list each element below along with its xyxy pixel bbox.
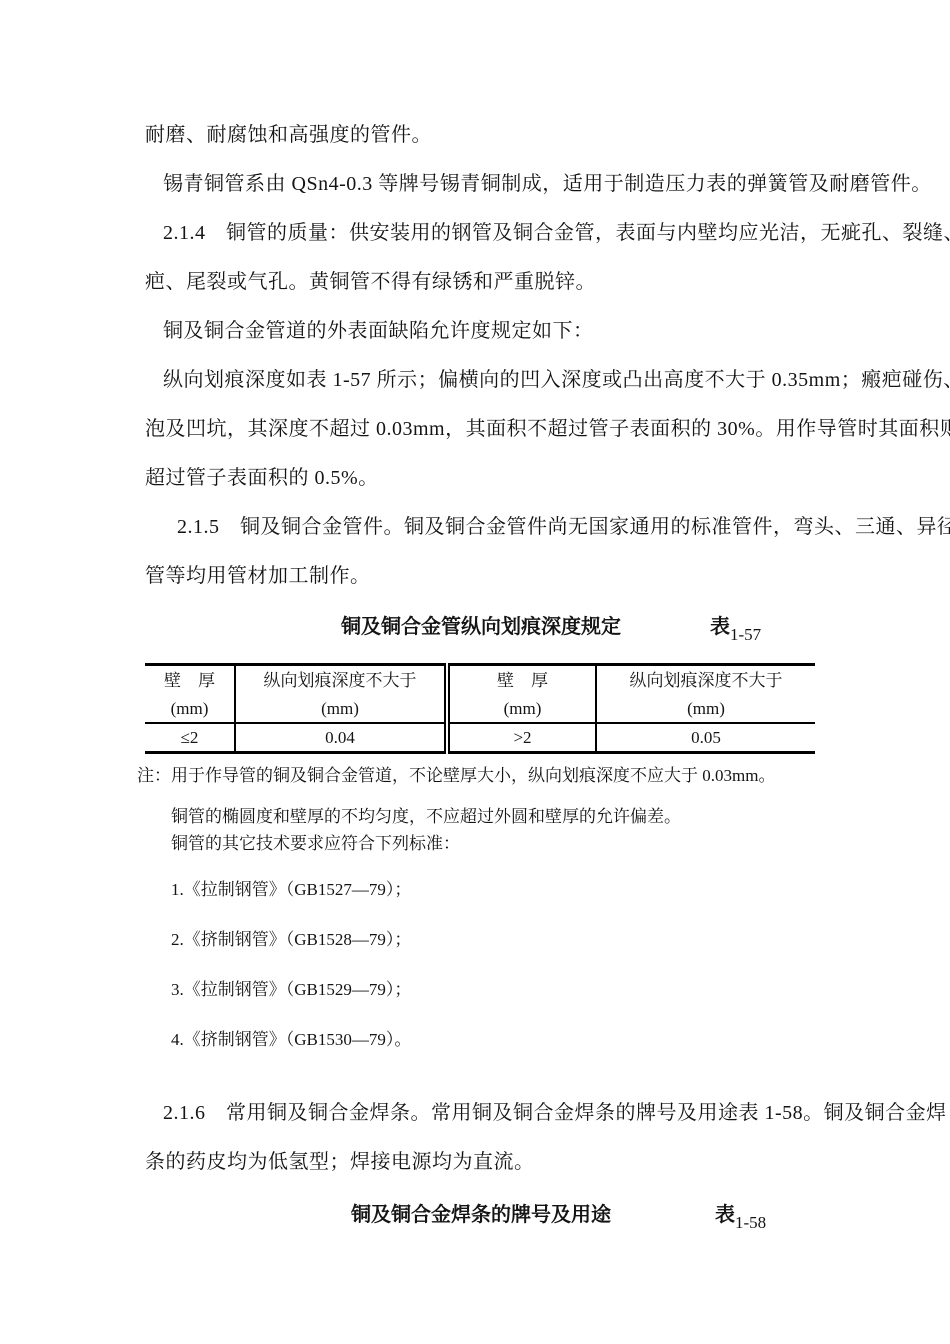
cell-wall-gt2: >2 (447, 723, 596, 753)
paragraph-scratch-depth: 纵向划痕深度如表 1-57 所示；偏横向的凹入深度或凸出高度不大于 0.35mm… (145, 356, 817, 503)
text-line: 2.1.5 铜及铜合金管件。铜及铜合金管件尚无国家通用的标准管件，弯头、三通、异… (145, 503, 817, 552)
header-label: 壁 厚 (450, 666, 595, 694)
list-item: 2.《挤制钢管》（GB1528—79）； (145, 915, 817, 965)
header-scratch-depth-left: 纵向划痕深度不大于 (mm) (235, 665, 447, 724)
table-header-row: 壁 厚 (mm) 纵向划痕深度不大于 (mm) 壁 厚 (mm) 纵向划痕深度不… (145, 665, 815, 724)
header-unit: (mm) (236, 694, 444, 722)
paragraph-continuation: 耐磨、耐腐蚀和高强度的管件。 (145, 111, 817, 160)
standards-list: 1.《拉制钢管》（GB1527—79）； 2.《挤制钢管》（GB1528—79）… (145, 865, 817, 1065)
table-number: 1-58 (735, 1213, 766, 1232)
tech-requirements: 铜管的椭圆度和壁厚的不均匀度，不应超过外圆和壁厚的允许偏差。 铜管的其它技术要求… (145, 803, 817, 857)
header-label: 纵向划痕深度不大于 (597, 666, 815, 694)
table-1-57: 壁 厚 (mm) 纵向划痕深度不大于 (mm) 壁 厚 (mm) 纵向划痕深度不… (145, 663, 815, 754)
text-line: 2.1.6 常用铜及铜合金焊条。常用铜及铜合金焊条的牌号及用途表 1-58。铜及… (145, 1089, 817, 1138)
cell-depth-005: 0.05 (596, 723, 815, 753)
header-scratch-depth-right: 纵向划痕深度不大于 (mm) (596, 665, 815, 724)
list-item: 4.《挤制钢管》（GB1530—79）。 (145, 1015, 817, 1065)
table-row: ≤2 0.04 >2 0.05 (145, 723, 815, 753)
text-line: 管等均用管材加工制作。 (145, 552, 817, 601)
list-item: 1.《拉制钢管》（GB1527—79）； (145, 865, 817, 915)
header-label: 壁 厚 (145, 666, 234, 694)
table-number-label: 表1-58 (715, 1191, 766, 1247)
cell-wall-le2: ≤2 (145, 723, 235, 753)
text-line: 纵向划痕深度如表 1-57 所示；偏横向的凹入深度或凸出高度不大于 0.35mm… (145, 356, 817, 405)
cell-depth-004: 0.04 (235, 723, 447, 753)
table-number: 1-57 (730, 625, 761, 644)
header-unit: (mm) (145, 694, 234, 722)
text-line: 铜管的椭圆度和壁厚的不均匀度，不应超过外圆和壁厚的允许偏差。 (145, 803, 817, 830)
paragraph-surface-defects: 铜及铜合金管道的外表面缺陷允许度规定如下： (145, 307, 817, 356)
table-1-57-caption: 铜及铜合金管纵向划痕深度规定 表1-57 (145, 603, 817, 652)
table-title: 铜及铜合金焊条的牌号及用途 (351, 1204, 611, 1226)
text-line: 泡及凹坑，其深度不超过 0.03mm，其面积不超过管子表面积的 30%。用作导管… (145, 405, 817, 454)
text-line: 疤、尾裂或气孔。黄铜管不得有绿锈和严重脱锌。 (145, 258, 817, 307)
header-unit: (mm) (450, 694, 595, 722)
text-line: 条的药皮均为低氢型；焊接电源均为直流。 (145, 1138, 817, 1187)
document-page: 耐磨、耐腐蚀和高强度的管件。 锡青铜管系由 QSn4-0.3 等牌号锡青铜制成，… (0, 0, 950, 1344)
table-number-label: 表1-57 (710, 603, 761, 659)
table-note: 注：用于作导管的铜及铜合金管道，不论壁厚大小，纵向划痕深度不应大于 0.03mm… (137, 763, 817, 789)
table-1-58-caption: 铜及铜合金焊条的牌号及用途 表1-58 (145, 1191, 817, 1240)
header-wall-thickness-left: 壁 厚 (mm) (145, 665, 235, 724)
paragraph-bronze-pipe: 锡青铜管系由 QSn4-0.3 等牌号锡青铜制成，适用于制造压力表的弹簧管及耐磨… (145, 160, 817, 209)
header-label: 纵向划痕深度不大于 (236, 666, 444, 694)
text-line: 铜管的其它技术要求应符合下列标准： (145, 830, 817, 857)
text-line: 2.1.4 铜管的质量：供安装用的钢管及铜合金管，表面与内壁均应光洁，无疵孔、裂… (145, 209, 817, 258)
header-wall-thickness-right: 壁 厚 (mm) (447, 665, 596, 724)
list-item: 3.《拉制钢管》（GB1529—79）； (145, 965, 817, 1015)
table-title: 铜及铜合金管纵向划痕深度规定 (341, 616, 621, 638)
document-content: 耐磨、耐腐蚀和高强度的管件。 锡青铜管系由 QSn4-0.3 等牌号锡青铜制成，… (145, 111, 817, 1240)
paragraph-2-1-4: 2.1.4 铜管的质量：供安装用的钢管及铜合金管，表面与内壁均应光洁，无疵孔、裂… (145, 209, 817, 307)
table-word: 表 (715, 1204, 735, 1226)
table-word: 表 (710, 616, 730, 638)
header-unit: (mm) (597, 694, 815, 722)
paragraph-2-1-6: 2.1.6 常用铜及铜合金焊条。常用铜及铜合金焊条的牌号及用途表 1-58。铜及… (145, 1089, 817, 1187)
paragraph-2-1-5: 2.1.5 铜及铜合金管件。铜及铜合金管件尚无国家通用的标准管件，弯头、三通、异… (145, 503, 817, 601)
text-line: 超过管子表面积的 0.5%。 (145, 454, 817, 503)
